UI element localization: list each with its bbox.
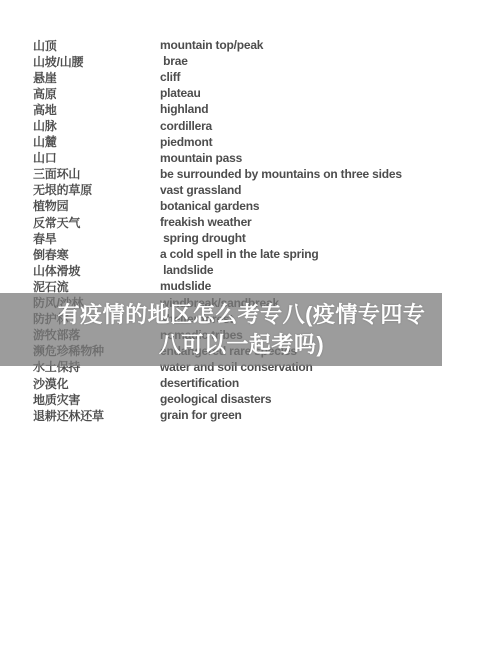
- term-cn: 山坡/山腰: [33, 53, 160, 70]
- term-cn: 山口: [33, 149, 160, 166]
- term-en: a cold spell in the late spring: [160, 247, 319, 261]
- vocab-row: 反常天气 freakish weather: [33, 214, 402, 230]
- term-cn: 无垠的草原: [33, 181, 160, 198]
- term-cn: 沙漠化: [33, 375, 160, 392]
- vocab-row: 植物园 botanical gardens: [33, 198, 402, 214]
- term-cn: 山体滑坡: [33, 262, 160, 279]
- term-en: highland: [160, 102, 208, 116]
- term-en: mountain pass: [160, 151, 242, 165]
- vocab-row: 山顶 mountain top/peak: [33, 37, 402, 53]
- term-en: desertification: [160, 376, 239, 390]
- term-cn: 山脉: [33, 117, 160, 134]
- vocab-row: 地质灾害 geological disasters: [33, 391, 402, 407]
- vocab-row: 沙漠化 desertification: [33, 375, 402, 391]
- term-en: grain for green: [160, 408, 242, 422]
- term-en: brae: [160, 54, 188, 68]
- vocab-row: 三面环山 be surrounded by mountains on three…: [33, 166, 402, 182]
- term-en: landslide: [160, 263, 213, 277]
- term-en: piedmont: [160, 135, 212, 149]
- vocab-row: 高原 plateau: [33, 85, 402, 101]
- vocab-row: 退耕还林还草 grain for green: [33, 407, 402, 423]
- vocab-row: 山麓 piedmont: [33, 134, 402, 150]
- term-cn: 高地: [33, 101, 160, 118]
- vocab-row: 倒春寒 a cold spell in the late spring: [33, 246, 402, 262]
- term-en: botanical gardens: [160, 199, 259, 213]
- term-en: plateau: [160, 86, 201, 100]
- term-cn: 退耕还林还草: [33, 407, 160, 424]
- term-cn: 山麓: [33, 133, 160, 150]
- term-cn: 反常天气: [33, 214, 160, 231]
- vocab-row: 山口 mountain pass: [33, 150, 402, 166]
- page: 山顶 mountain top/peak 山坡/山腰 brae 悬崖 cliff…: [0, 0, 500, 666]
- vocab-row: 悬崖 cliff: [33, 69, 402, 85]
- term-en: mudslide: [160, 279, 211, 293]
- term-en: cliff: [160, 70, 180, 84]
- term-en: geological disasters: [160, 392, 271, 406]
- watermark-title-line1: 有疫情的地区怎么考专八(疫情专四专: [0, 300, 483, 330]
- term-cn: 高原: [33, 85, 160, 102]
- vocab-row: 无垠的草原 vast grassland: [33, 182, 402, 198]
- vocab-row: 高地 highland: [33, 101, 402, 117]
- vocab-row: 山体滑坡 landslide: [33, 262, 402, 278]
- term-en: vast grassland: [160, 183, 241, 197]
- vocab-row: 山脉 cordillera: [33, 117, 402, 133]
- term-en: freakish weather: [160, 215, 252, 229]
- term-en: mountain top/peak: [160, 38, 263, 52]
- term-en: be surrounded by mountains on three side…: [160, 167, 402, 181]
- term-cn: 春旱: [33, 230, 160, 247]
- term-cn: 倒春寒: [33, 246, 160, 263]
- vocab-row: 春旱 spring drought: [33, 230, 402, 246]
- term-cn: 三面环山: [33, 165, 160, 182]
- term-cn: 悬崖: [33, 69, 160, 86]
- term-cn: 植物园: [33, 197, 160, 214]
- term-en: cordillera: [160, 119, 212, 133]
- watermark-title: 有疫情的地区怎么考专八(疫情专四专 八可以一起考吗): [0, 300, 483, 359]
- term-cn: 山顶: [33, 37, 160, 54]
- term-cn: 地质灾害: [33, 391, 160, 408]
- term-en: spring drought: [160, 231, 246, 245]
- watermark-title-line2: 八可以一起考吗): [0, 330, 483, 360]
- vocab-row: 山坡/山腰 brae: [33, 53, 402, 69]
